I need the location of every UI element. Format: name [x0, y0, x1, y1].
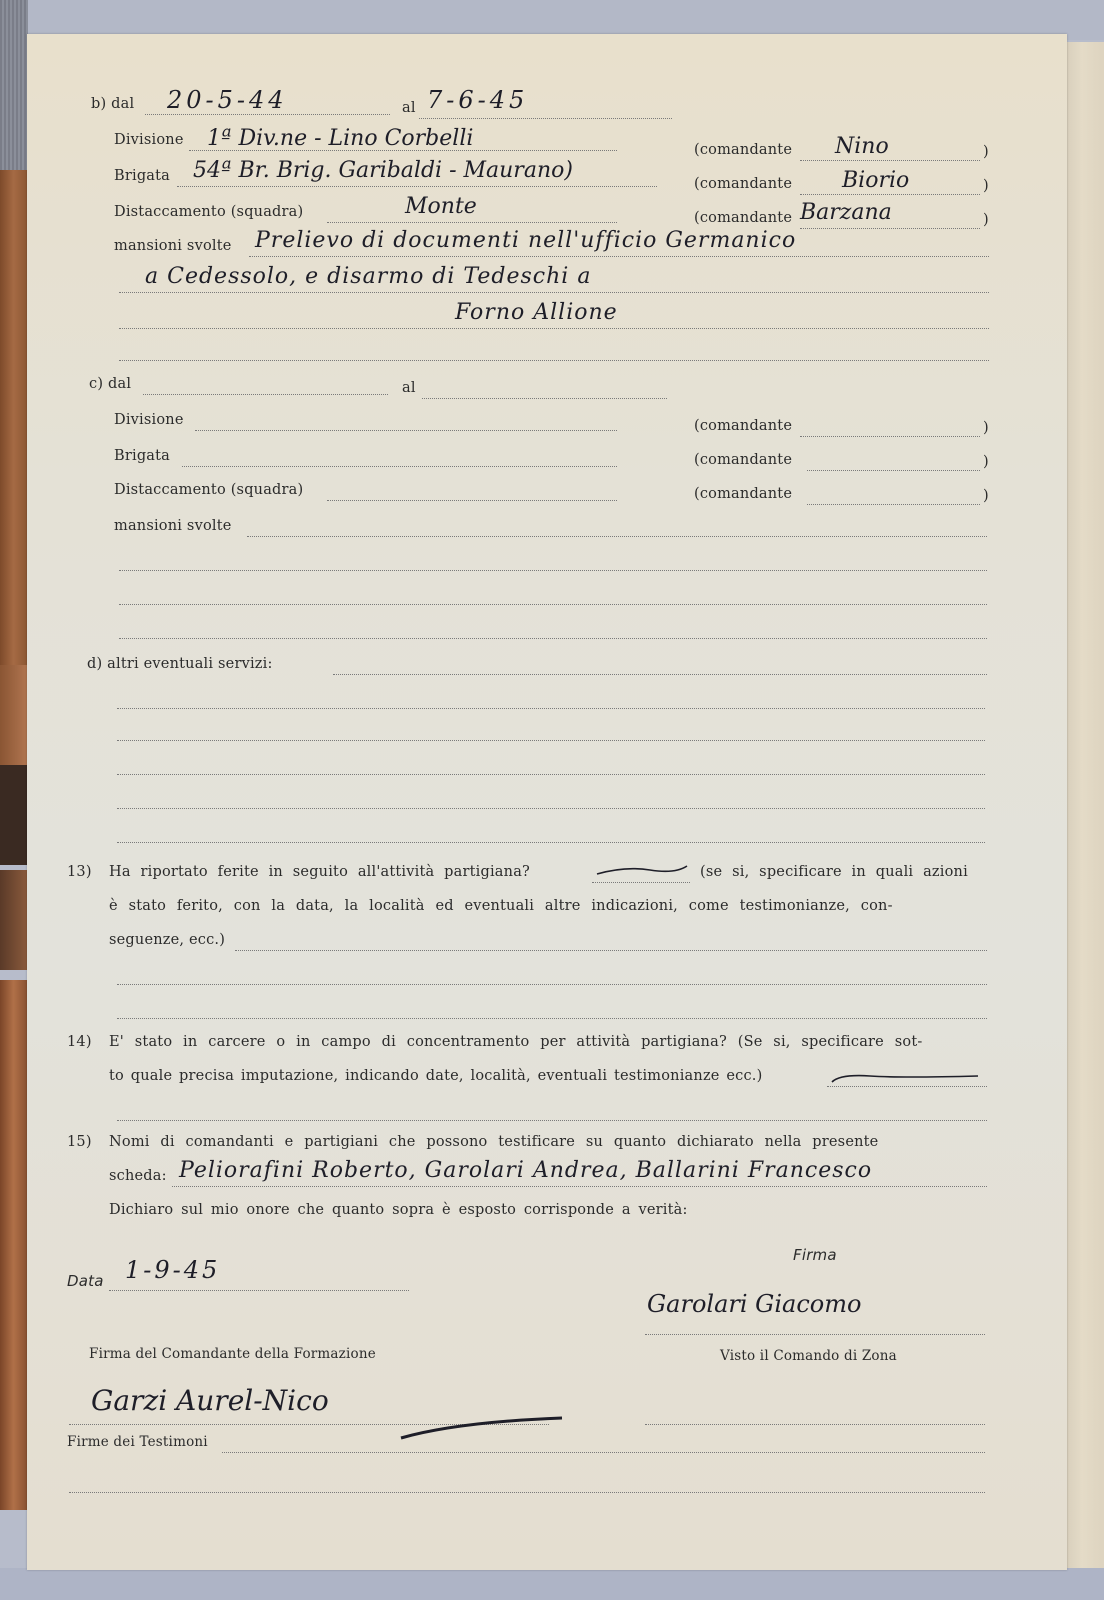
firma-label: Firma [793, 1246, 837, 1264]
firma-signature: Garolari Giacomo [647, 1290, 861, 1318]
comandante-label: (comandante [694, 486, 792, 502]
servizi-line-2 [117, 708, 985, 709]
comandante-line [800, 194, 980, 195]
close-paren: ) [983, 178, 989, 194]
scheda-label: scheda: [109, 1168, 167, 1184]
distaccamento-label: Distaccamento (squadra) [114, 204, 303, 220]
mansioni-line-3 [119, 328, 989, 329]
mansioni-label: mansioni svolte [114, 238, 232, 254]
brigata-label: Brigata [114, 448, 170, 464]
dal-label: b) dal [91, 96, 134, 112]
testimoni-label: Firme dei Testimoni [67, 1434, 208, 1450]
answer-line-2 [117, 1120, 987, 1121]
distaccamento-line [327, 500, 617, 501]
mansioni-line-3 [119, 604, 987, 605]
comandante-label: (comandante [694, 210, 792, 226]
al-line [422, 398, 667, 399]
question-text-line2: to quale precisa imputazione, indicando … [109, 1068, 762, 1084]
brigata-line [177, 186, 657, 187]
mansioni-value-3: Forno Allione [455, 300, 618, 325]
comandante-line [800, 228, 980, 229]
answer-line [592, 882, 690, 883]
mansioni-value-1: Prelievo di documenti nell'ufficio Germa… [255, 228, 796, 253]
altri-servizi-label: d) altri eventuali servizi: [87, 656, 273, 672]
mansioni-line-1 [249, 256, 989, 257]
dal-line [143, 394, 388, 395]
comandante-line [800, 160, 980, 161]
visto-line [645, 1424, 985, 1425]
dal-label: c) dal [89, 376, 131, 392]
distaccamento-label: Distaccamento (squadra) [114, 482, 303, 498]
testimoni-line-2 [69, 1492, 985, 1493]
comandante-divisione-value: Nino [835, 134, 889, 159]
question-text: E' stato in carcere o in campo di concen… [109, 1034, 922, 1050]
comandante-label: (comandante [694, 142, 792, 158]
distaccamento-value: Monte [405, 194, 477, 219]
mansioni-label: mansioni svolte [114, 518, 232, 534]
dash-mark-icon [595, 862, 690, 878]
question-text: Ha riportato ferite in seguito all'attiv… [109, 864, 530, 880]
distaccamento-line [327, 222, 617, 223]
mansioni-line-4 [119, 638, 987, 639]
adjacent-page [1066, 42, 1104, 1568]
background-bottom [0, 1568, 1104, 1600]
divisione-label: Divisione [114, 132, 184, 148]
signature-underline-icon [397, 1412, 567, 1442]
dal-line [145, 114, 390, 115]
servizi-line-6 [117, 842, 985, 843]
close-paren: ) [983, 144, 989, 160]
close-paren: ) [983, 454, 989, 470]
book-binding [0, 170, 27, 1510]
testimoni-line-1 [222, 1452, 985, 1453]
visto-label: Visto il Comando di Zona [720, 1348, 897, 1364]
al-line [419, 118, 672, 119]
answer-line-4 [117, 1018, 987, 1019]
brigata-label: Brigata [114, 168, 170, 184]
data-value: 1-9-45 [125, 1256, 220, 1284]
form-page: b) dal 20-5-44 al 7-6-45 Divisione 1ª Di… [27, 34, 1067, 1570]
question-text-cont: (se si, specificare in quali azioni [700, 864, 968, 880]
close-paren: ) [983, 488, 989, 504]
servizi-line-3 [117, 740, 985, 741]
al-label: al [402, 100, 416, 116]
data-line [109, 1290, 409, 1291]
answer-line [827, 1086, 987, 1087]
servizi-line-4 [117, 774, 985, 775]
mansioni-line-4 [119, 360, 989, 361]
divisione-label: Divisione [114, 412, 184, 428]
answer-line-2 [235, 950, 987, 951]
comandante-line [800, 436, 980, 437]
mansioni-line-2 [119, 292, 989, 293]
brigata-value: 54ª Br. Brig. Garibaldi - Maurano) [193, 158, 573, 183]
witnesses-value: Peliorafini Roberto, Garolari Andrea, Ba… [179, 1158, 872, 1183]
data-label: Data [67, 1272, 104, 1290]
al-label: al [402, 380, 416, 396]
question-number: 13) [67, 864, 92, 880]
comandante-brigata-value: Biorio [842, 168, 909, 193]
close-paren: ) [983, 212, 989, 228]
declaration-text: Dichiaro sul mio onore che quanto sopra … [109, 1202, 688, 1218]
binding-ribbon [0, 0, 28, 170]
comandante-label: (comandante [694, 452, 792, 468]
divisione-line [195, 430, 617, 431]
question-text-line3: seguenze, ecc.) [109, 932, 225, 948]
mansioni-line-1 [247, 536, 987, 537]
mansioni-value-2: a Cedessolo, e disarmo di Tedeschi a [145, 264, 591, 289]
comandante-line [807, 470, 980, 471]
divisione-value: 1ª Div.ne - Lino Corbelli [207, 126, 473, 151]
comandante-label: (comandante [694, 418, 792, 434]
question-text: Nomi di comandanti e partigiani che poss… [109, 1134, 878, 1150]
al-value: 7-6-45 [427, 86, 528, 114]
question-number: 14) [67, 1034, 92, 1050]
servizi-line-5 [117, 808, 985, 809]
comandante-label: (comandante [694, 176, 792, 192]
comandante-distaccamento-value: Barzana [800, 200, 892, 225]
witnesses-line [172, 1186, 987, 1187]
firma-line [645, 1334, 985, 1335]
close-paren: ) [983, 420, 989, 436]
comandante-formazione-label: Firma del Comandante della Formazione [89, 1346, 376, 1362]
answer-line-3 [117, 984, 987, 985]
question-number: 15) [67, 1134, 92, 1150]
comandante-line [807, 504, 980, 505]
servizi-line-1 [333, 674, 987, 675]
mansioni-line-2 [119, 570, 987, 571]
dal-value: 20-5-44 [167, 86, 288, 114]
question-text-line2: è stato ferito, con la data, la località… [109, 898, 893, 914]
brigata-line [182, 466, 617, 467]
dash-mark-icon [830, 1070, 980, 1084]
comandante-formazione-signature: Garzi Aurel-Nico [91, 1384, 329, 1417]
